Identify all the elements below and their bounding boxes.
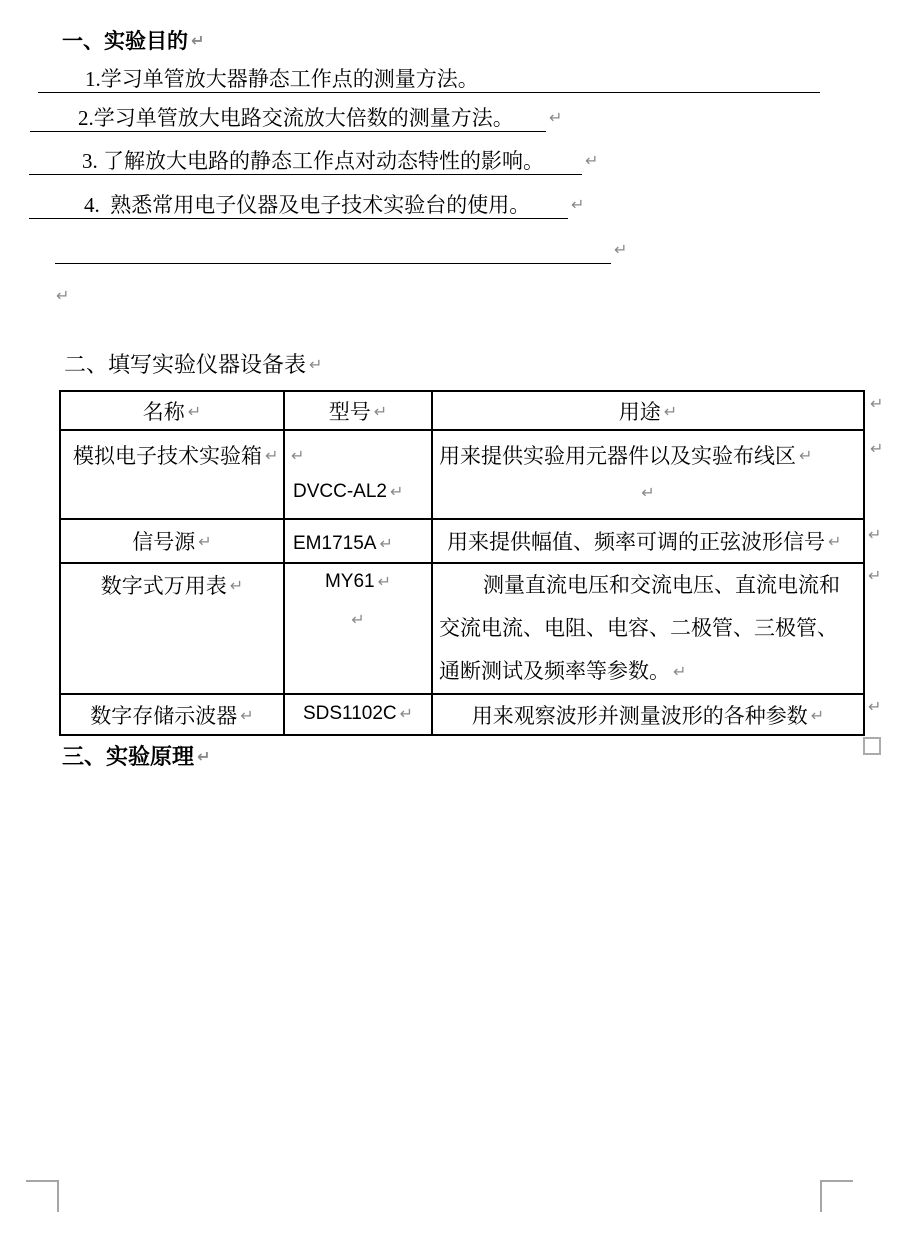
- equip-usage: 用来观察波形并测量波形的各种参数: [472, 704, 808, 728]
- equip-name: 模拟电子技术实验箱: [73, 444, 262, 468]
- paragraph-mark-icon: ↵: [585, 148, 598, 174]
- paragraph-mark-icon: ↵: [197, 744, 210, 770]
- equip-usage-line: 交流电流、电阻、电容、二极管、三极管、: [433, 607, 863, 650]
- paragraph-mark-icon: ↵: [549, 105, 562, 131]
- objective-3-text: 3. 了解放大电路的静态工作点对动态特性的影响。: [29, 148, 582, 175]
- cell-name-4: 数字存储示波器↵: [60, 694, 284, 735]
- equip-name: 数字存储示波器: [90, 704, 237, 728]
- table-row: 信号源↵ EM1715A↵ 用来提供幅值、频率可调的正弦波形信号↵: [60, 519, 864, 563]
- paragraph-mark-icon: ↵: [614, 237, 627, 263]
- paragraph-mark-icon: ↵: [230, 573, 243, 599]
- objective-line-3: 3. 了解放大电路的静态工作点对动态特性的影响。↵: [29, 148, 598, 175]
- cell-usage-3: 测量直流电压和交流电压、直流电流和 交流电流、电阻、电容、二极管、三极管、 通断…: [432, 563, 864, 694]
- paragraph-mark-icon: ↵: [571, 192, 584, 218]
- cell-usage-4: 用来观察波形并测量波形的各种参数↵: [432, 694, 864, 735]
- objective-2-text: 2.学习单管放大电路交流放大倍数的测量方法。: [30, 105, 546, 132]
- cell-model-2: EM1715A↵: [284, 519, 432, 563]
- cell-name-2: 信号源↵: [60, 519, 284, 563]
- equip-name: 信号源: [132, 530, 195, 554]
- header-cell-model: 型号↵: [284, 391, 432, 430]
- section1-heading-text: 一、实验目的: [62, 29, 188, 53]
- paragraph-mark-icon: ↵: [265, 443, 278, 469]
- paragraph-mark-icon: ↵: [868, 527, 881, 543]
- paragraph-mark-icon: ↵: [240, 703, 253, 729]
- empty-underline-rule: [55, 237, 611, 264]
- section3-heading: 三、实验原理↵: [62, 744, 210, 770]
- equip-name: 数字式万用表: [101, 574, 227, 598]
- cell-usage-1: 用来提供实验用元器件以及实验布线区↵ ↵: [432, 430, 864, 519]
- equip-usage-line: 测量直流电压和交流电压、直流电流和: [433, 564, 863, 607]
- objective-line-4: 4. 熟悉常用电子仪器及电子技术实验台的使用。↵: [29, 192, 584, 219]
- paragraph-mark-icon: ↵: [351, 607, 364, 633]
- table-row: 模拟电子技术实验箱↵ ↵ DVCC-AL2↵ 用来提供实验用元器件以及实验布线区…: [60, 430, 864, 519]
- table-row: 数字式万用表↵ MY61↵ ↵ 测量直流电压和交流电压、直流电流和 交流电流、电…: [60, 563, 864, 694]
- paragraph-mark-icon: ↵: [868, 568, 881, 584]
- table-header-row: 名称↵ 型号↵ 用途↵: [60, 391, 864, 430]
- equip-model: SDS1102C: [303, 703, 397, 724]
- objective-1-text: 1.学习单管放大器静态工作点的测量方法。: [38, 66, 820, 93]
- end-of-table-square-marker: [863, 737, 881, 755]
- paragraph-mark-icon: ↵: [379, 531, 392, 557]
- paragraph-mark-icon: ↵: [56, 288, 69, 304]
- paragraph-mark-icon: ↵: [198, 529, 211, 555]
- paragraph-mark-icon: ↵: [390, 479, 403, 505]
- section2-heading: 二、填写实验仪器设备表↵: [64, 352, 322, 378]
- equip-model: EM1715A: [293, 533, 376, 554]
- empty-underline: ↵: [55, 237, 627, 264]
- cell-model-4: SDS1102C↵: [284, 694, 432, 735]
- header-name-label: 名称: [143, 400, 185, 424]
- header-usage-label: 用途: [619, 400, 661, 424]
- paragraph-mark-icon: ↵: [641, 480, 654, 506]
- paragraph-mark-icon: ↵: [188, 399, 201, 425]
- cell-model-1: ↵ DVCC-AL2↵: [284, 430, 432, 519]
- header-model-label: 型号: [329, 400, 371, 424]
- paragraph-mark-icon: ↵: [811, 703, 824, 729]
- equip-usage-line: 通断测试及频率等参数。: [439, 659, 670, 683]
- paragraph-mark-icon: ↵: [191, 28, 204, 54]
- equipment-table: 名称↵ 型号↵ 用途↵ 模拟电子技术实验箱↵ ↵ DVCC-AL2↵ 用来提供实…: [59, 390, 865, 736]
- objective-4-text: 4. 熟悉常用电子仪器及电子技术实验台的使用。: [29, 192, 568, 219]
- paragraph-mark-icon: ↵: [664, 399, 677, 425]
- paragraph-mark-icon: ↵: [828, 529, 841, 555]
- cell-name-3: 数字式万用表↵: [60, 563, 284, 694]
- paragraph-mark-icon: ↵: [374, 399, 387, 425]
- paragraph-mark-icon: ↵: [673, 650, 686, 693]
- paragraph-mark-icon: ↵: [870, 441, 883, 457]
- text-boundary-mark-bottom-left: [26, 1180, 59, 1212]
- paragraph-mark-icon: ↵: [291, 443, 304, 469]
- equip-usage: 用来提供实验用元器件以及实验布线区: [439, 444, 796, 468]
- equip-usage: 用来提供幅值、频率可调的正弦波形信号: [447, 530, 825, 554]
- table-row: 数字存储示波器↵ SDS1102C↵ 用来观察波形并测量波形的各种参数↵: [60, 694, 864, 735]
- cell-name-1: 模拟电子技术实验箱↵: [60, 430, 284, 519]
- paragraph-mark-icon: ↵: [870, 396, 883, 412]
- paragraph-mark-icon: ↵: [868, 699, 881, 715]
- cell-usage-2: 用来提供幅值、频率可调的正弦波形信号↵: [432, 519, 864, 563]
- objective-line-1: 1.学习单管放大器静态工作点的测量方法。: [38, 66, 820, 93]
- paragraph-mark-icon: ↵: [400, 701, 413, 727]
- objective-line-2: 2.学习单管放大电路交流放大倍数的测量方法。↵: [30, 105, 562, 132]
- paragraph-mark-icon: ↵: [799, 443, 812, 469]
- document-page: 一、实验目的↵ 1.学习单管放大器静态工作点的测量方法。 2.学习单管放大电路交…: [0, 0, 909, 1246]
- header-cell-usage: 用途↵: [432, 391, 864, 430]
- equip-model: MY61: [325, 571, 375, 592]
- section1-heading: 一、实验目的↵: [62, 28, 204, 54]
- paragraph-mark-icon: ↵: [378, 569, 391, 595]
- cell-model-3: MY61↵ ↵: [284, 563, 432, 694]
- equip-model: DVCC-AL2: [293, 481, 387, 502]
- section3-heading-text: 三、实验原理: [62, 744, 194, 769]
- section2-heading-text: 二、填写实验仪器设备表: [64, 352, 306, 377]
- text-boundary-mark-bottom-right: [820, 1180, 853, 1212]
- header-cell-name: 名称↵: [60, 391, 284, 430]
- paragraph-mark-icon: ↵: [309, 352, 322, 378]
